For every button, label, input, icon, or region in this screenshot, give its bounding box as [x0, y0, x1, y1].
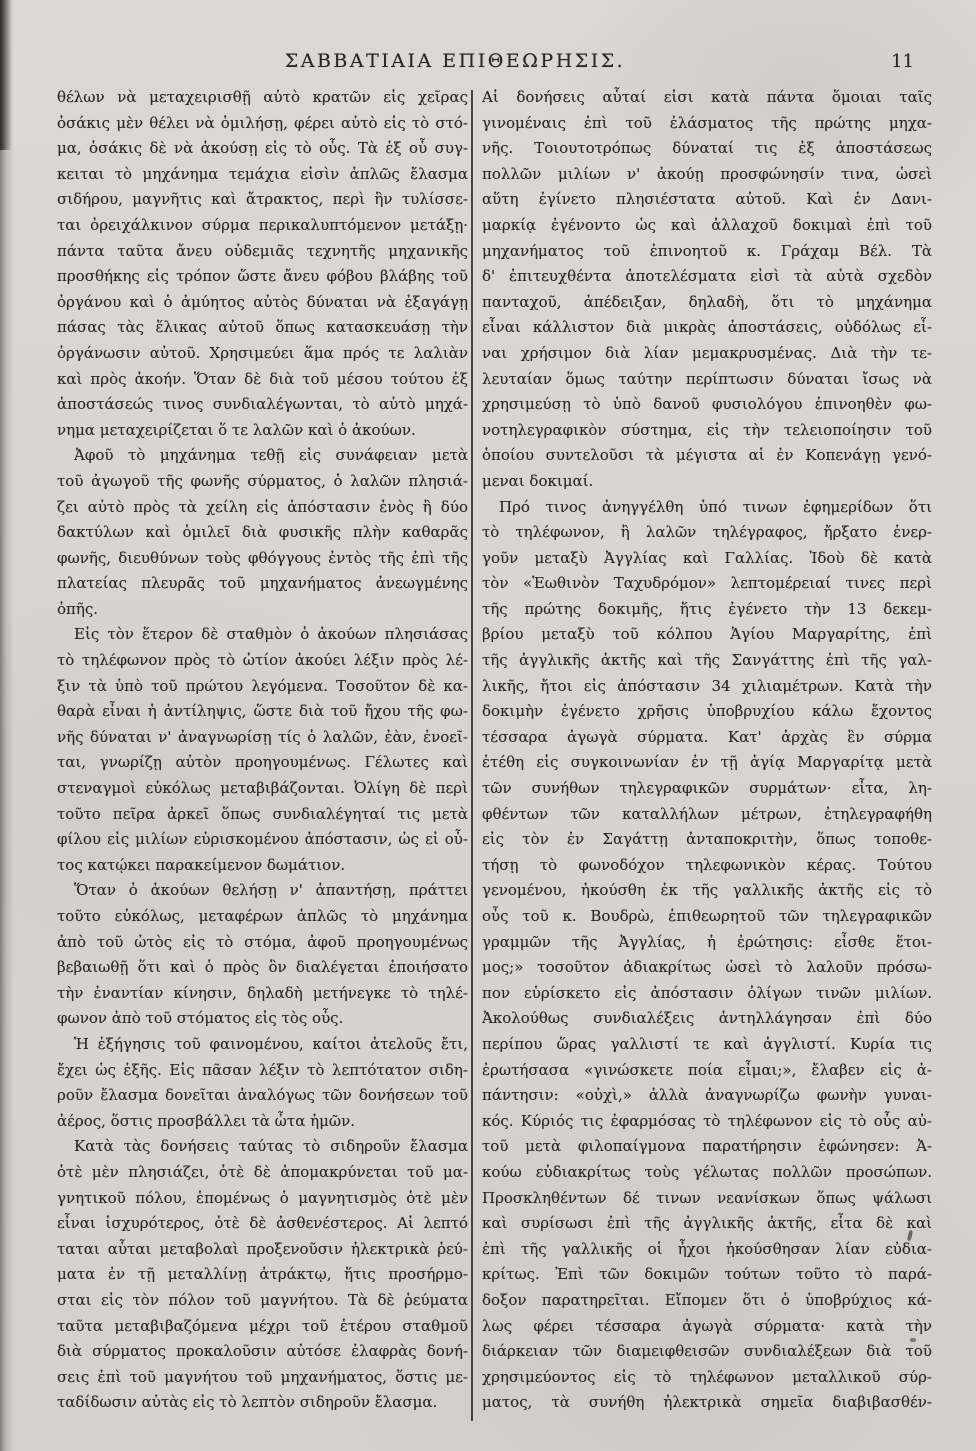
text-line: τῆς ἀγγλικῆς ἀκτῆς καὶ τῆς Σανγάττης ἐπὶ… [482, 648, 932, 674]
text-line: ἀπὸ τοῦ ὠτὸς εἰς τὸ στόμα, ἀφοῦ προηγουμ… [57, 930, 468, 956]
text-line: φωνῆς, διευθύνων τοὺς φθόγγους ἐντὸς τῆς… [57, 546, 468, 572]
text-line: νῆς. Τοιουτοτρόπως δύναταί τις ἐξ ἀποστά… [482, 136, 932, 162]
text-line: τὸ τηλέφωνον πρὸς τὸ ὠτίον ἀκούει λέξιν … [57, 648, 468, 674]
text-line: κρίτως. Ἐπὶ τῶν δοκιμῶν τούτων τοῦτο τὸ … [482, 1262, 932, 1288]
text-line: τὸ τηλέφωνον, ἢ λαλῶν τηλέγραφος, ἤρξατο… [482, 520, 932, 546]
text-line: τὸν «Ἑωθινὸν Ταχυδρόμον» λεπτομέρειαί τι… [482, 571, 932, 597]
text-line: πλατείας πλευρᾶς τοῦ μηχανήματος ἀνεωγμέ… [57, 571, 468, 597]
text-line: σιδήρου, μαγνῆτις καὶ ἄτρακτος, περὶ ἣν … [57, 187, 468, 213]
text-line: ταῦτα μεταβιβαζόμενα μέχρι τοῦ ἑτέρου στ… [57, 1314, 468, 1340]
text-line: πάσας τὰς ἕλικας αὐτοῦ ὅπως κατασκευάσῃ … [57, 315, 468, 341]
text-line: φίλου εἰς μιλίων εὑρισκομένου ἀπόστασιν,… [57, 827, 468, 853]
text-line: οὖς τοῦ κ. Βουδρὼ, ἐπιθεωρητοῦ τῶν τηλεγ… [482, 904, 932, 930]
text-line: Εἰς τὸν ἕτερον δὲ σταθμὸν ὁ ἀκούων πλησι… [57, 622, 468, 648]
text-line: βρίου μεταξὺ τοῦ κόλπου Ἁγίου Μαργαρίτης… [482, 622, 932, 648]
text-line: ροῦν ἔλασμα δονεῖται ἀναλόγως τῶν δονήσε… [57, 1083, 468, 1109]
text-line: ὀπῆς. [57, 597, 468, 623]
text-line: ταδίδωσιν αὐτὰς εἰς τὸ λεπτὸν σιδηροῦν ἔ… [57, 1390, 468, 1416]
text-line: πανταχοῦ, ἀπέδειξαν, δηλαδὴ, ὅτι τὸ μηχά… [482, 290, 932, 316]
text-line: ται, γνωρίζῃ αὐτὸν προηγουμένως. Γέλωτες… [57, 750, 468, 776]
text-line: προσθήκης εἰς τρόπον ὥστε ἄνευ φόβου βλά… [57, 264, 468, 290]
text-line: Ἀφοῦ τὸ μηχάνημα τεθῇ εἰς συνάφειαν μετὰ [57, 443, 468, 469]
text-line: τήσῃ τὸ φωνοδόχον τηλεφωνικὸν κέρας. Τού… [482, 853, 932, 879]
text-line: μος;» τοσοῦτον ἀδιακρίτως ὡσεὶ τὸ λαλοῦν… [482, 955, 932, 981]
text-line: πάντα ταῦτα ἄνευ οὐδεμιᾶς τεχνητῆς μηχαν… [57, 239, 468, 265]
text-line: στεναγμοὶ εὐκόλως μεταβιβάζονται. Ὀλίγη … [57, 776, 468, 802]
text-line: εἶναι ἰσχυρότερος, ὁτὲ δὲ ἀσθενέστερος. … [57, 1211, 468, 1237]
text-line: τὴν ἐναντίαν κίνησιν, δηλαδὴ μετήνεγκε τ… [57, 981, 468, 1007]
text-line: φθέντων τῶν καταλλήλων μέτρων, ἐτηλεγραφ… [482, 802, 932, 828]
text-line: πάντησιν: «οὐχὶ,» ἀλλὰ ἀναγνωρίζω φωνὴν … [482, 1083, 932, 1109]
text-line: εἶναι κάλλιστον διὰ μικρὰς ἀποστάσεις, ο… [482, 315, 932, 341]
text-line: διάρκειαν τῶν διαμειφθεισῶν συνδιαλέξεων… [482, 1339, 932, 1365]
text-line: νημα μεταχειρίζεται ὅ τε λαλῶν καὶ ὁ ἀκο… [57, 418, 468, 444]
page-number: 11 [891, 51, 914, 72]
text-line: εἰς τὸν ἐν Σαγάττῃ ἀνταποκριτὴν, ὅπως το… [482, 827, 932, 853]
text-line: τοῦ μετὰ φιλοπαίγμονα παρατήρησιν ἐφώνησ… [482, 1134, 932, 1160]
text-line: δακτύλων καὶ ὁμιλεῖ διὰ φυσικῆς πλὴν καθ… [57, 520, 468, 546]
text-line: τος κατῴκει παρακείμενον δωμάτιον. [57, 853, 468, 879]
text-line: ξιν τὰ ὑπὸ τοῦ πρώτου λεγόμενα. Τοσοῦτον… [57, 674, 468, 700]
text-line: ναι χρήσιμον διὰ λίαν μεμακρυσμένας. Διὰ… [482, 341, 932, 367]
text-line: μαρκίᾳ ἐγένοντο ὡς καὶ ἀλλαχοῦ δοκιμαὶ ἐ… [482, 213, 932, 239]
text-line: Ἡ ἐξήγησις τοῦ φαινομένου, καίτοι ἀτελοῦ… [57, 1032, 468, 1058]
text-line: Πρό τινος ἀνηγγέλθη ὑπό τινων ἐφημερίδων… [482, 495, 932, 521]
text-line: δοξον παρατηρεῖται. Εἴπομεν ὅτι ὁ ὑποβρύ… [482, 1288, 932, 1314]
left-column: θέλων νὰ μεταχειρισθῇ αὐτὸ κρατῶν εἰς χε… [57, 85, 468, 1416]
text-line: γνητικοῦ πόλου, ἑπομένως ὁ μαγνητισμὸς ὁ… [57, 1186, 468, 1212]
text-line: πον εὑρίσκετο εἰς ἀπόστασιν ὀλίγων τινῶν… [482, 981, 932, 1007]
text-line: ματα ἐν τῇ μεταλλίνῃ ἀτράκτῳ, ἥτις προσή… [57, 1262, 468, 1288]
text-line: γοῦν μεταξὺ Ἀγγλίας καὶ Γαλλίας. Ἰδοὺ δὲ… [482, 546, 932, 572]
text-line: θαρὰ εἶναι ἡ ἀντίληψις, ὥστε διὰ τοῦ ἤχο… [57, 699, 468, 725]
text-line: Προσκληθέντων δέ τινων νεανίσκων ὅπως ψά… [482, 1186, 932, 1212]
text-line: λευταίαν ὅμως ταύτην περίπτωσιν δύναται … [482, 367, 932, 393]
text-line: ζει αὐτὸ πρὸς τὰ χείλη εἰς ἀπόστασιν ἑνὸ… [57, 495, 468, 521]
text-line: ἐτέθη εἰς συγκοινωνίαν ἐν τῇ ἁγίᾳ Μαργαρ… [482, 750, 932, 776]
text-line: φωνον ἀπὸ τοῦ στόματος εἰς τὸς οὖς. [57, 1006, 468, 1032]
text-line: ἐρωτήσασα «γινώσκετε ποία εἶμαι;», ἔλαβε… [482, 1058, 932, 1084]
text-line: δ' ἐπιτευχθέντα ἀποτελέσματα εἰσὶ τὰ αὐτ… [482, 264, 932, 290]
text-line: λως φέρει τέσσαρα ἀγωγὰ σύρματα· κατὰ τὴ… [482, 1314, 932, 1340]
page-header: ΣΑΒΒΑΤΙΑΙΑ ΕΠΙΘΕΩΡΗΣΙΣ. 11 [0, 0, 976, 80]
text-line: μα, ὁσάκις δὲ νὰ ἀκούσῃ εἰς τὸ οὖς. Τὰ ἐ… [57, 136, 468, 162]
text-line: πολλῶν μιλίων ν' ἀκούῃ προσφώνησίν τινα,… [482, 162, 932, 188]
text-line: Ὅταν ὁ ἀκούων θελήσῃ ν' ἀπαντήσῃ, πράττε… [57, 878, 468, 904]
text-line: κειται τὸ μηχάνημα τεμάχια εἰσὶν ἁπλῶς ἔ… [57, 162, 468, 188]
text-line: Αἱ δονήσεις αὗταί εἰσι κατὰ πάντα ὅμοιαι… [482, 85, 932, 111]
text-line: ὁτὲ μὲν πλησιάζει, ὁτὲ δὲ ἀπομακρύνεται … [57, 1160, 468, 1186]
text-line: ἐπὶ τῆς γαλλικῆς οἱ ἦχοι ἠκούσθησαν λίαν… [482, 1237, 932, 1263]
text-line: σεις ἐπὶ τοῦ μαγνήτου τοῦ μηχανήματος, ὅ… [57, 1365, 468, 1391]
text-line: δοκιμὴν ἐγένετο χρῆσις ὑποβρυχίου κάλω ἔ… [482, 699, 932, 725]
text-line: μηχανήματος τοῦ ἐπινοητοῦ κ. Γράχαμ Βέλ.… [482, 239, 932, 265]
text-line: τοῦ ἀγωγοῦ τῆς φωνῆς σύρματος, ὁ λαλῶν π… [57, 469, 468, 495]
text-line: ἀποστάσεώς τινος συνδιαλέγωνται, τὸ αὐτὸ… [57, 392, 468, 418]
text-line: ματος, τὰ συνήθη ἠλεκτρικὰ σημεῖα διαβιβ… [482, 1390, 932, 1416]
text-line: λικῆς, ἤτοι εἰς ἀπόστασιν 34 χιλιαμέτρων… [482, 674, 932, 700]
text-line: ὀργάνωσιν αὐτοῦ. Χρησιμεύει ἅμα πρός τε … [57, 341, 468, 367]
text-line: νοτηλεγραφικὸν σύστημα, εἰς τὴν τελειοπο… [482, 418, 932, 444]
text-line: τοῦτο πεῖρα ἀρκεῖ ὅπως συνδιαλέγηταί τις… [57, 802, 468, 828]
text-line: γινομέναις ἐπὶ τοῦ ἐλάσματος τῆς πρώτης … [482, 111, 932, 137]
text-line: ται ὀρειχάλκινον σύρμα περικαλυπτόμενον … [57, 213, 468, 239]
text-line: ἀέρος, ὅστις προσβάλλει τὰ ὦτα ἡμῶν. [57, 1109, 468, 1135]
text-line: ἔχει ὡς ἑξῆς. Εἰς πᾶσαν λέξιν τὸ λεπτότα… [57, 1058, 468, 1084]
text-line: ὁποίου συντελοῦσι τὰ μέγιστα αἱ ἐν Κοπεν… [482, 443, 932, 469]
text-line: θέλων νὰ μεταχειρισθῇ αὐτὸ κρατῶν εἰς χε… [57, 85, 468, 111]
text-line: χρησιμεύοντος εἰς τὸ τηλέφωνον μεταλλικο… [482, 1365, 932, 1391]
text-line: καὶ πρὸς ἀκοήν. Ὅταν δὲ διὰ τοῦ μέσου το… [57, 367, 468, 393]
text-line: ὁσάκις μὲν θέλει νὰ ὁμιλήσῃ, φέρει αὐτὸ … [57, 111, 468, 137]
text-line: βεβαιωθῇ ὅτι καὶ ὁ πρὸς ὃν διαλέγεται ἐπ… [57, 955, 468, 981]
text-line: γενομένου, ἠκούσθη ἐκ τῆς γαλλικῆς ἀκτῆς… [482, 878, 932, 904]
text-line: διὰ σύρματος προκαλοῦσιν αὐτόσε ἐλαφρὰς … [57, 1339, 468, 1365]
text-line: κούω εὐδιακρίτως τοὺς γέλωτας πολλῶν προ… [482, 1160, 932, 1186]
column-divider-rule [471, 90, 473, 1421]
text-line: χρησιμεύσῃ τὸ ὑπὸ δανοῦ φυσιολόγου ἐπινο… [482, 392, 932, 418]
text-line: αὕτη ἐγίνετο πλησιέστατα αὐτοῦ. Καὶ ἐν Δ… [482, 187, 932, 213]
right-column: Αἱ δονήσεις αὗταί εἰσι κατὰ πάντα ὅμοιαι… [482, 85, 932, 1416]
text-line: Ἀκολούθως συνδιαλέξεις ἀντηλλάγησαν ἐπὶ … [482, 1006, 932, 1032]
text-line: καὶ συρίσωσι ἐπὶ τῆς ἀγγλικῆς ἀκτῆς, εἶτ… [482, 1211, 932, 1237]
text-line: τῆς πρώτης δοκιμῆς, ἥτις ἐγένετο τὴν 13 … [482, 597, 932, 623]
text-line: κός. Κύριός τις ἐφαρμόσας τὸ τηλέφωνον ε… [482, 1109, 932, 1135]
text-line: γραμμῶν τῆς Ἀγγλίας, ἡ ἐρώτησις: εἶσθε ἕ… [482, 930, 932, 956]
text-line: μεναι δοκιμαί. [482, 469, 932, 495]
text-line: τέσσαρα ἀγωγὰ σύρματα. Κατ' ἀρχὰς ἓν σύρ… [482, 725, 932, 751]
text-line: περίπου ὥρας γαλλιστί τε καὶ ἀγγλιστί. Κ… [482, 1032, 932, 1058]
text-line: ὀργάνου καὶ ὁ ἀμύητος αὐτὸς δύναται νὰ ἐ… [57, 290, 468, 316]
text-line: τοῦτο εὐκόλως, μεταφέρων ἁπλῶς τὸ μηχάνη… [57, 904, 468, 930]
text-line: Κατὰ τὰς δονήσεις ταύτας τὸ σιδηροῦν ἔλα… [57, 1134, 468, 1160]
text-line: ταται αὗται μεταβολαὶ προξενοῦσιν ἠλεκτρ… [57, 1237, 468, 1263]
text-line: νῆς δύναται ν' ἀναγνωρίσῃ τίς ὁ λαλῶν, ἐ… [57, 725, 468, 751]
page-title: ΣΑΒΒΑΤΙΑΙΑ ΕΠΙΘΕΩΡΗΣΙΣ. [285, 50, 625, 72]
text-line: σται εἰς τὸν πόλον τοῦ μαγνήτου. Τὰ δὲ ῥ… [57, 1288, 468, 1314]
text-line: τῶν συνήθων τηλεγραφικῶν συρμάτων· εἶτα,… [482, 776, 932, 802]
scan-edge-shadow [0, 0, 14, 1451]
